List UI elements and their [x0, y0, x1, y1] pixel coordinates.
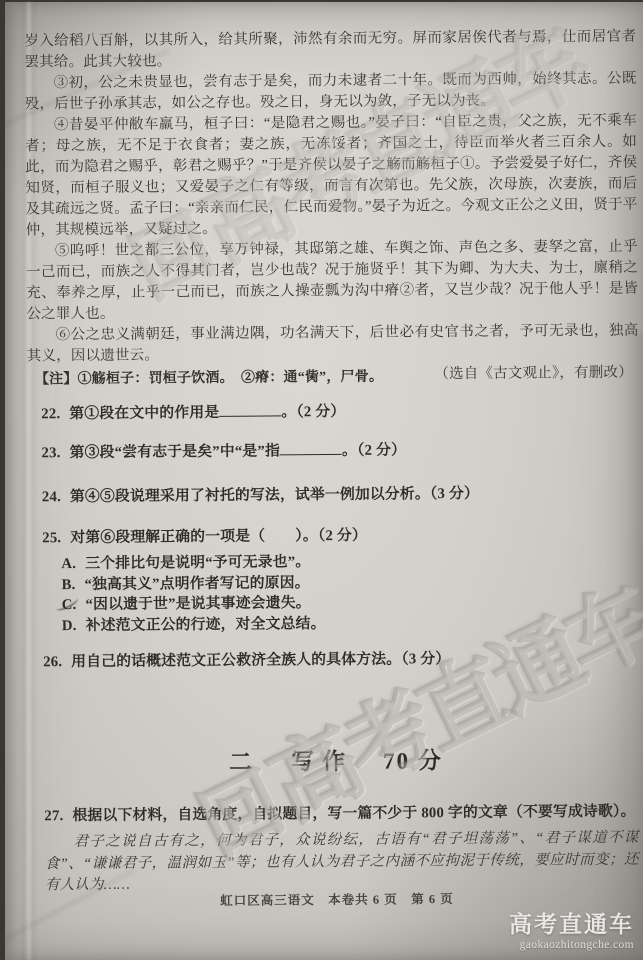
section-two-heading: 二 写作70 分 [30, 741, 642, 779]
question-text: 第③段“尝有志于是矣”中“是”指 [70, 443, 280, 461]
question-text-after-blank: 。（2 分） [342, 442, 406, 459]
question-23: 23.第③段“尝有志于是矣”中“是”指。（2 分） [41, 439, 635, 465]
question-text: 第④⑤段说理采用了衬托的写法，试举一例加以分析。（3 分） [70, 486, 479, 505]
classical-passage: 岁入给稻八百斛，以其所入，给其所聚，沛然有余而无穷。屏而家居俟代者与焉，仕而居官… [24, 27, 639, 389]
answer-blank [280, 442, 342, 455]
option-text: 补述范文正公的行迹，对全文总结。 [86, 616, 326, 634]
question-number: 27. [44, 808, 63, 824]
section-title: 二 写作 [229, 749, 353, 775]
question-text-after-blank: 。（2 分） [281, 404, 345, 421]
scanned-exam-paper: 岁入给稻八百斛，以其所入，给其所聚，沛然有余而无穷。屏而家居俟代者与焉，仕而居官… [5, 2, 643, 960]
option-text: “独高其义”点明作者写记的原因。 [84, 575, 309, 593]
option-label: A. [61, 556, 76, 572]
passage-paragraph-5: ⑤呜呼！世之都三公位，享万钟禄，其邸第之雄、车舆之饰、声色之多、妻孥之富，止乎一… [26, 237, 639, 326]
option-label: D. [62, 618, 77, 634]
essay-material: 君子之说自古有之，何为君子，众说纷纭，古语有“君子坦荡荡”、“君子谋道不谋食”、… [44, 828, 638, 897]
answer-blank [219, 403, 281, 416]
question-text: 根据以下材料，自选角度，自拟题目，写一篇不少于 800 字的文章（不要写成诗歌）… [72, 804, 635, 824]
choice-options: A.三个排比句是说明“予可无录也”。 B.“独高其义”点明作者写记的原因。 C.… [61, 550, 637, 637]
question-number: 25. [42, 530, 61, 546]
option-label: B. [61, 577, 75, 593]
question-text: 用自己的话概述范文正公救济全族人的具体方法。（3 分） [71, 651, 450, 670]
question-text: 对第⑥段理解正确的一项是（ ）。（2 分） [70, 528, 367, 546]
question-22: 22.第①段在文中的作用是。（2 分） [41, 400, 635, 426]
footnote-line: 【注】①觞桓子：罚桓子饮酒。 ②瘠：通“胔”，尸骨。 [35, 366, 383, 389]
passage-paragraph-6: ⑥公之忠义满朝廷，事业满边隅，功名满天下，后世必有史官书之者，予可无录也，独高其… [27, 321, 639, 368]
question-25: 25.对第⑥段理解正确的一项是（ ）。（2 分） A.三个排比句是说明“予可无录… [42, 524, 637, 637]
question-text: 第①段在文中的作用是 [69, 405, 219, 422]
question-26: 26.用自己的话概述范文正公救济全族人的具体方法。（3 分） [43, 648, 637, 674]
passage-paragraph-continuation: 岁入给稻八百斛，以其所入，给其所聚，沛然有余而无穷。屏而家居俟代者与焉，仕而居官… [24, 27, 636, 74]
question-number: 24. [42, 489, 61, 505]
option-d: D.补述范文正公的行迹，对全文总结。 [62, 611, 637, 636]
passage-paragraph-4: ④昔晏平仲敝车羸马，桓子曰：“是隐君之赐也。”晏子曰：“自臣之贵，父之族，无不乘… [25, 111, 638, 242]
section-score: 70 分 [383, 748, 443, 773]
question-24: 24.第④⑤段说理采用了衬托的写法，试举一例加以分析。（3 分） [42, 483, 636, 509]
question-number: 26. [43, 654, 62, 670]
page-content: 岁入给稻八百斛，以其所入，给其所聚，沛然有余而无穷。屏而家居俟代者与焉，仕而居官… [24, 0, 643, 960]
question-number: 22. [41, 406, 60, 422]
option-text: “因以遗于世”是说其事迹会遗失。 [85, 595, 310, 613]
passage-paragraph-3: ③初，公之未贵显也，尝有志于是矣，而力未逮者二十年。既而为西帅，始终其志。公既殁… [25, 69, 637, 116]
question-number: 23. [41, 445, 60, 461]
page-footer: 虹口区高三语文 本卷共 6 页 第 6 页 [31, 888, 643, 911]
option-text: 三个排比句是说明“予可无录也”。 [85, 554, 310, 572]
question-27: 27.根据以下材料，自选角度，自拟题目，写一篇不少于 800 字的文章（不要写成… [44, 802, 639, 897]
